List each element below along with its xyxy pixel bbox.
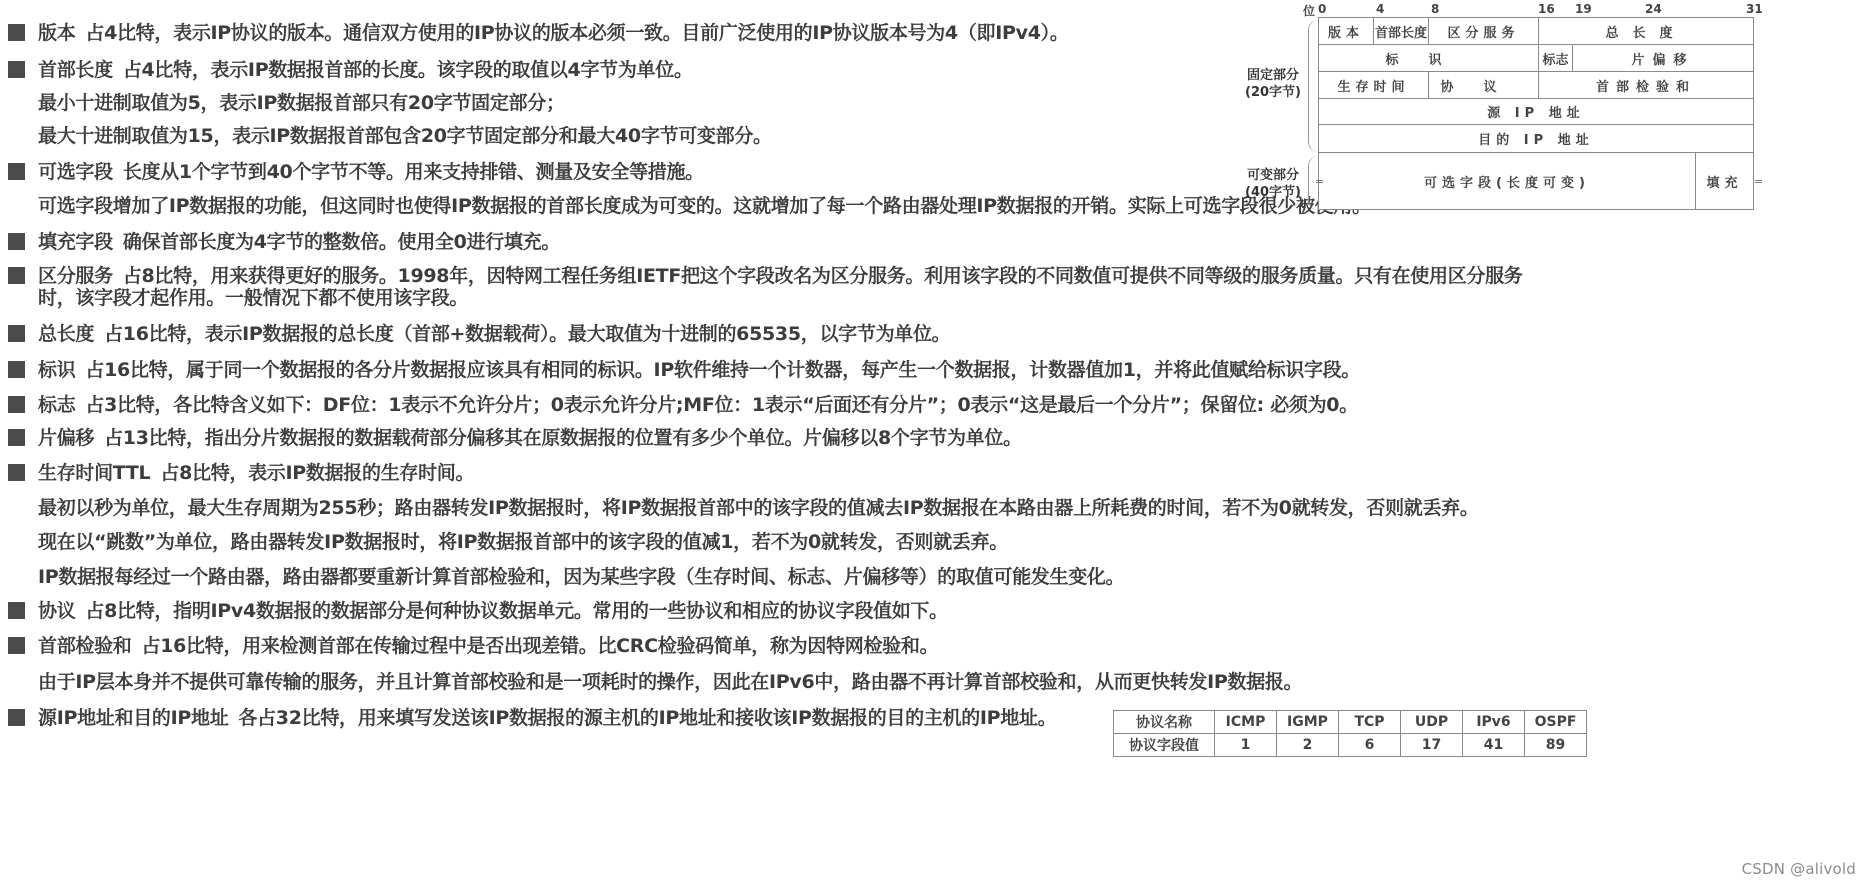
field-term: 协议 [38, 600, 75, 622]
field-options: 可选字段(长度可变) [1318, 152, 1696, 210]
field-term: 标识 [38, 359, 75, 381]
field-desc: 确保首部长度为4字节的整数倍。使用全0进行填充。 [123, 231, 560, 253]
protocol-name: UDP [1401, 711, 1463, 734]
field-destination-ip: 目的 IP 地址 [1318, 124, 1754, 153]
field-term: 片偏移 [38, 427, 94, 449]
protocol-name: IGMP [1277, 711, 1339, 734]
protocol-name: IPv6 [1463, 711, 1525, 734]
bullet-square-icon [8, 233, 25, 250]
protocol-name: ICMP [1215, 711, 1277, 734]
note-text: IP数据报每经过一个路由器，路由器都要重新计算首部检验和，因为某些字段（生存时间… [38, 564, 1124, 590]
field-term: 首部检验和 [38, 635, 132, 657]
bullet-square-icon [8, 396, 25, 413]
field-desc: 占4比特，表示IP协议的版本。通信双方使用的IP协议的版本必须一致。目前广泛使用… [85, 22, 1068, 44]
note-text: 最小十进制取值为5，表示IP数据报首部只有20字节固定部分； [38, 90, 565, 116]
bit-tick: 0 [1318, 2, 1326, 16]
field-term: 总长度 [38, 323, 94, 345]
field-fragment-offset: 片偏移 [1572, 44, 1754, 72]
fixed-part-label: 固定部分 (20字节) [1240, 67, 1306, 101]
field-term: 首部长度 [38, 59, 113, 81]
field-term: 生存时间TTL [38, 462, 150, 484]
protocol-value: 2 [1277, 734, 1339, 757]
variable-part-label: 可变部分 (40字节) [1240, 167, 1306, 201]
bit-tick: 24 [1645, 2, 1662, 16]
field-version: 版本 [1318, 17, 1374, 45]
field-term: 源IP地址和目的IP地址 [38, 707, 228, 729]
bit-tick: 16 [1538, 2, 1555, 16]
field-protocol: 协议 [1428, 71, 1539, 99]
continuation-mark: = [1754, 175, 1763, 188]
field-term: 区分服务 [38, 265, 113, 287]
field-desc: 占8比特，表示IP数据报的生存时间。 [160, 462, 474, 484]
row-header: 协议名称 [1114, 711, 1215, 734]
bullet-square-icon [8, 361, 25, 378]
field-desc: 占13比特，指出分片数据报的数据载荷部分偏移其在原数据报的位置有多少个单位。片偏… [104, 427, 1022, 449]
protocol-value: 6 [1339, 734, 1401, 757]
bit-tick: 19 [1575, 2, 1592, 16]
protocol-value: 89 [1525, 734, 1587, 757]
bit-tick: 31 [1746, 2, 1763, 16]
field-ihl: 首部长度 [1373, 17, 1429, 45]
field-desc: 占4比特，表示IP数据报首部的长度。该字段的取值以4字节为单位。 [123, 59, 693, 81]
field-ds: 区分服务 [1428, 17, 1539, 45]
field-desc: 占8比特，指明IPv4数据报的数据部分是何种协议数据单元。常用的一些协议和相应的… [85, 600, 947, 622]
variable-part-size: (40字节) [1240, 184, 1306, 201]
note-text: 现在以“跳数”为单位，路由器转发IP数据报时，将IP数据报首部中的该字段的值减1… [38, 529, 1008, 555]
bit-axis-label: 位 [1303, 2, 1315, 19]
field-desc: 占16比特，属于同一个数据报的各分片数据报应该具有相同的标识。IP软件维持一个计… [85, 359, 1360, 381]
field-source-ip: 源 IP 地址 [1318, 98, 1754, 125]
bit-tick: 4 [1376, 2, 1384, 16]
field-desc: 占8比特，用来获得更好的服务。1998年，因特网工程任务组IETF把这个字段改名… [123, 265, 1523, 287]
field-desc: 各占32比特，用来填写发送该IP数据报的源主机的IP地址和接收该IP数据报的目的… [238, 707, 1056, 729]
field-ttl: 生存时间 [1318, 71, 1429, 99]
bullet-square-icon [8, 61, 25, 78]
field-checksum: 首部检验和 [1538, 71, 1754, 99]
protocol-value: 17 [1401, 734, 1463, 757]
protocol-name: TCP [1339, 711, 1401, 734]
field-term: 标志 [38, 394, 75, 416]
field-desc: 占16比特，用来检测首部在传输过程中是否出现差错。比CRC检验码简单，称为因特网… [142, 635, 939, 657]
table-row: 协议名称 ICMP IGMP TCP UDP IPv6 OSPF [1114, 711, 1587, 734]
field-desc: 占16比特，表示IP数据报的总长度（首部+数据载荷）。最大取值为十进制的6553… [104, 323, 950, 345]
protocol-value-table: 协议名称 ICMP IGMP TCP UDP IPv6 OSPF 协议字段值 1… [1113, 710, 1587, 757]
fixed-part-size: (20字节) [1240, 84, 1306, 101]
protocol-value: 1 [1215, 734, 1277, 757]
bullet-square-icon [8, 709, 25, 726]
field-padding: 填充 [1695, 152, 1754, 210]
field-total-length: 总长度 [1538, 17, 1754, 45]
bit-tick: 8 [1431, 2, 1439, 16]
bullet-square-icon [8, 637, 25, 654]
table-row: 协议字段值 1 2 6 17 41 89 [1114, 734, 1587, 757]
field-flags: 标志 [1538, 44, 1573, 72]
bullet-square-icon [8, 325, 25, 342]
field-term: 版本 [38, 22, 75, 44]
note-text: 可选字段增加了IP数据报的功能，但这同时也使得IP数据报的首部长度成为可变的。这… [38, 193, 1371, 219]
field-term: 填充字段 [38, 231, 113, 253]
note-text: 由于IP层本身并不提供可靠传输的服务，并且计算首部校验和是一项耗时的操作，因此在… [38, 669, 1302, 695]
protocol-value: 41 [1463, 734, 1525, 757]
bullet-square-icon [8, 464, 25, 481]
field-desc: 占3比特，各比特含义如下：DF位：1表示不允许分片；0表示允许分片;MF位：1表… [85, 394, 1358, 416]
note-text: 最初以秒为单位，最大生存周期为255秒；路由器转发IP数据报时，将IP数据报首部… [38, 495, 1479, 521]
note-text: 时，该字段才起作用。一般情况下都不使用该字段。 [38, 285, 468, 311]
bullet-square-icon [8, 163, 25, 180]
brace-variable-icon [1308, 156, 1318, 210]
protocol-name: OSPF [1525, 711, 1587, 734]
note-text: 最大十进制取值为15，表示IP数据报首部包含20字节固定部分和最大40字节可变部… [38, 123, 772, 149]
bullet-square-icon [8, 24, 25, 41]
field-identification: 标识 [1318, 44, 1539, 72]
fixed-part-title: 固定部分 [1240, 67, 1306, 84]
bullet-square-icon [8, 602, 25, 619]
variable-part-title: 可变部分 [1240, 167, 1306, 184]
bullet-square-icon [8, 429, 25, 446]
field-term: 可选字段 [38, 161, 113, 183]
row-header: 协议字段值 [1114, 734, 1215, 757]
field-desc: 长度从1个字节到40个字节不等。用来支持排错、测量及安全等措施。 [123, 161, 704, 183]
bullet-square-icon [8, 267, 25, 284]
watermark: CSDN @alivold [1742, 860, 1856, 878]
brace-fixed-icon [1308, 20, 1318, 152]
